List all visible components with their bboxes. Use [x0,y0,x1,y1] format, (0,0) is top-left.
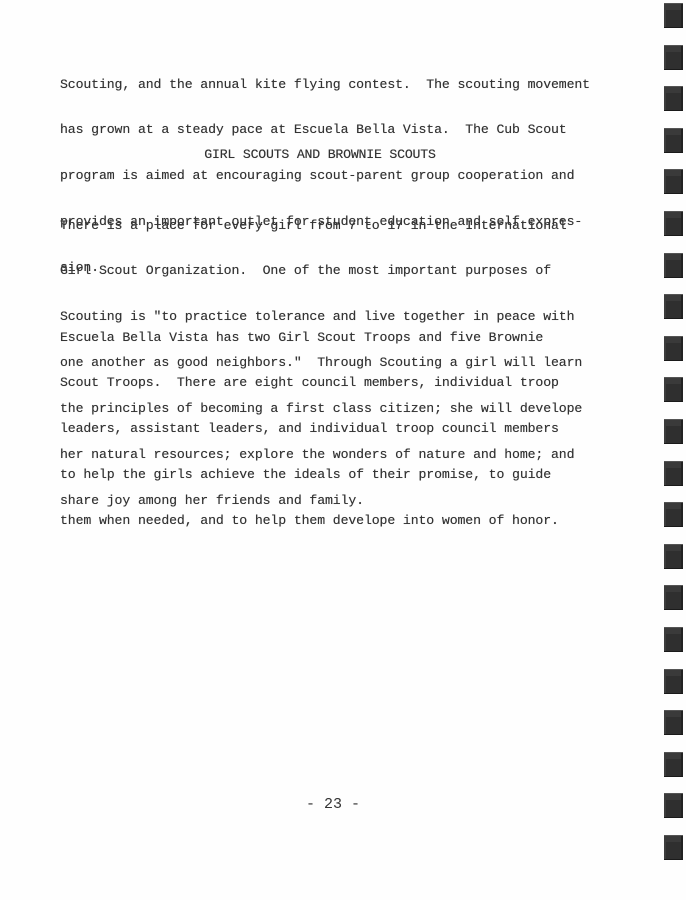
text-line: Escuela Bella Vista has two Girl Scout T… [60,330,620,345]
text-line: Scout Troops. There are eight council me… [60,375,620,390]
binding-hole [664,502,683,527]
binding-hole [664,377,683,402]
binding-hole [664,169,683,194]
text-line: There is a place for every girl from 7 t… [60,218,620,233]
paragraph-troops: Escuela Bella Vista has two Girl Scout T… [60,299,620,559]
binding-hole [664,294,683,319]
binding-hole [664,211,683,236]
text-line: has grown at a steady pace at Escuela Be… [60,122,620,137]
binding-hole [664,752,683,777]
spiral-binding-holes [664,0,686,900]
binding-hole [664,86,683,111]
document-page: Scouting, and the annual kite flying con… [0,0,686,900]
binding-hole [664,544,683,569]
binding-hole [664,45,683,70]
page-number: - 23 - [0,796,666,813]
binding-hole [664,253,683,278]
section-heading: GIRL SCOUTS AND BROWNIE SCOUTS [0,147,640,162]
binding-hole [664,710,683,735]
binding-hole [664,128,683,153]
text-line: program is aimed at encouraging scout-pa… [60,168,620,183]
text-line: Scouting, and the annual kite flying con… [60,77,620,92]
binding-hole [664,835,683,860]
binding-hole [664,627,683,652]
binding-hole [664,336,683,361]
binding-hole [664,669,683,694]
binding-hole [664,461,683,486]
text-line: to help the girls achieve the ideals of … [60,467,620,482]
binding-hole [664,3,683,28]
text-line: them when needed, and to help them devel… [60,513,620,528]
binding-hole [664,585,683,610]
binding-hole [664,419,683,444]
text-line: leaders, assistant leaders, and individu… [60,421,620,436]
text-line: Girl Scout Organization. One of the most… [60,263,620,278]
binding-hole [664,793,683,818]
